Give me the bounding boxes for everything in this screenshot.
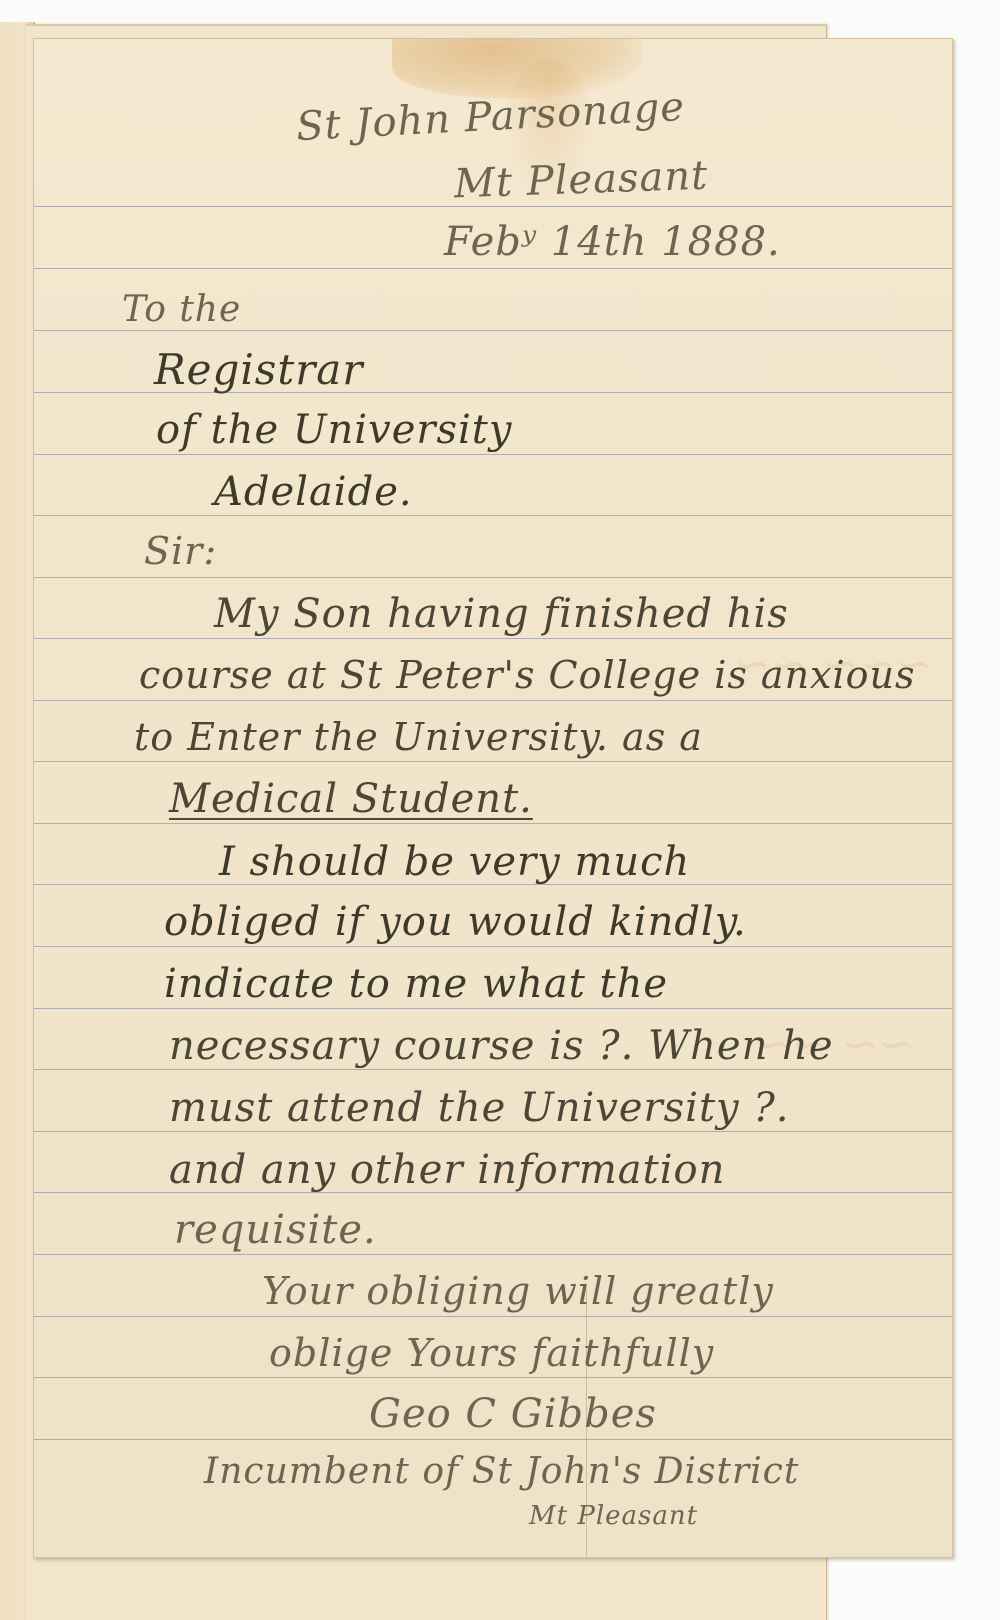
- ruled-line: [34, 330, 952, 331]
- body-line: course at St Peter's College is anxious: [139, 653, 916, 697]
- address-line-2: Mt Pleasant: [453, 153, 709, 208]
- ruled-line: [34, 1377, 952, 1378]
- letter-date: Febʸ 14th 1888.: [444, 219, 781, 265]
- body-line: requisite.: [174, 1207, 377, 1253]
- ruled-line: [34, 761, 952, 762]
- recipient-line-2: Registrar: [154, 345, 363, 394]
- address-line-1: St John Parsonage: [295, 84, 686, 150]
- body-line: and any other information: [169, 1147, 725, 1193]
- recipient-line-3: of the University: [156, 407, 512, 453]
- ruled-line: [34, 823, 952, 824]
- body-line: Medical Student.: [169, 776, 533, 822]
- body-line: to Enter the University. as a: [134, 715, 703, 759]
- body-line: indicate to me what the: [164, 961, 668, 1007]
- signature-place: Mt Pleasant: [529, 1501, 698, 1531]
- ruled-line: [34, 1008, 952, 1009]
- closing-line-1: Your obliging will greatly: [262, 1269, 774, 1313]
- body-line: necessary course is ?. When he: [169, 1023, 834, 1069]
- ruled-line: [34, 268, 952, 269]
- ruled-line: [34, 1316, 952, 1317]
- ruled-line: [34, 577, 952, 578]
- body-line: My Son having finished his: [214, 591, 789, 637]
- ruled-line: [34, 206, 952, 207]
- salutation: Sir:: [144, 529, 217, 573]
- body-line: must attend the University ?.: [169, 1085, 790, 1131]
- ruled-line: [34, 1131, 952, 1132]
- ruled-line: [34, 700, 952, 701]
- ruled-line: [34, 946, 952, 947]
- letter-page: ~~~ ~~ ~~ ~~ St John Parsonage Mt Pleasa…: [33, 38, 953, 1558]
- signature-title: Incumbent of St John's District: [204, 1451, 799, 1492]
- ruled-line: [34, 1439, 952, 1440]
- body-line: obliged if you would kindly.: [164, 899, 747, 945]
- ruled-line: [34, 1254, 952, 1255]
- recipient-line-4: Adelaide.: [214, 469, 413, 515]
- ruled-line: [34, 515, 952, 516]
- signature-name: Geo C Gibbes: [369, 1391, 657, 1437]
- closing-line-2: oblige Yours faithfully: [269, 1331, 714, 1375]
- body-line: I should be very much: [219, 839, 690, 885]
- ruled-line: [34, 454, 952, 455]
- recipient-line-1: To the: [122, 289, 241, 330]
